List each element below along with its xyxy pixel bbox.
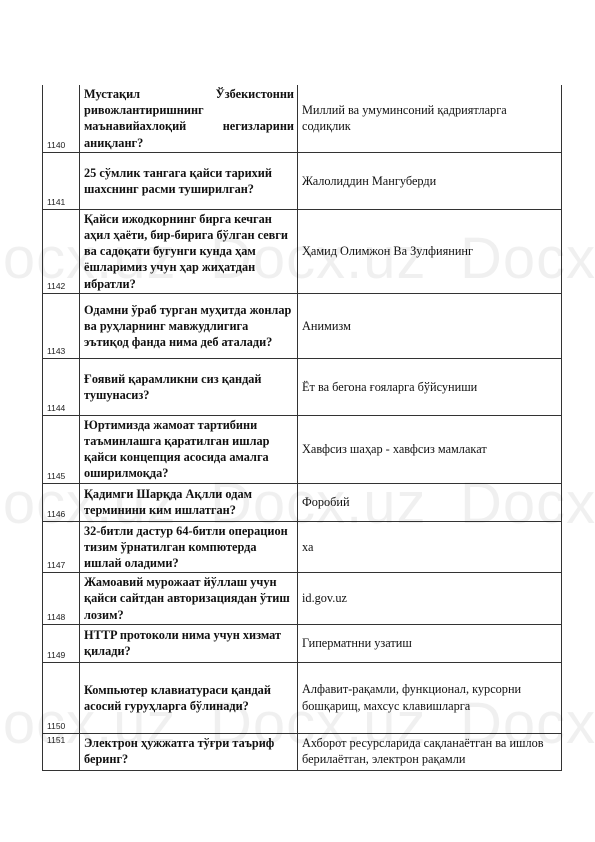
row-number: 1142 — [43, 209, 80, 293]
question-cell: Компьютер клавиатураси қандай асосий гур… — [80, 662, 298, 733]
row-number: 1147 — [43, 521, 80, 573]
table-row: 1148 Жамоавий мурожаат йўллаш учун қайси… — [43, 573, 562, 625]
answer-cell: Форобий — [298, 483, 562, 521]
row-number: 1149 — [43, 624, 80, 662]
row-number: 1145 — [43, 415, 80, 483]
table-row: 1143 Одамни ўраб турган муҳитда жонлар в… — [43, 293, 562, 358]
row-number: 1148 — [43, 573, 80, 625]
answer-cell: Гиперматнни узатиш — [298, 624, 562, 662]
answer-cell: ха — [298, 521, 562, 573]
table-row: 1150 Компьютер клавиатураси қандай асоси… — [43, 662, 562, 733]
row-number: 1143 — [43, 293, 80, 358]
table-row: 1144 Ғоявий қарамликни сиз қандай тушуна… — [43, 358, 562, 415]
question-cell: Қадимги Шарқда Ақлли одам терминини ким … — [80, 483, 298, 521]
question-cell: Электрон ҳужжатга тўғри таъриф беринг? — [80, 733, 298, 770]
answer-cell: Ёт ва бегона ғояларга бўйсуниши — [298, 358, 562, 415]
table-row: 1141 25 сўмлик тангага қайси тарихий шах… — [43, 152, 562, 209]
table-row: 1146 Қадимги Шарқда Ақлли одам терминини… — [43, 483, 562, 521]
question-cell: Ғоявий қарамликни сиз қандай тушунасиз? — [80, 358, 298, 415]
answer-cell: Алфавит-рақамли, функционал, курсорни бо… — [298, 662, 562, 733]
document-page: 1140 Мустақил Ўзбекистонни ривожлантириш… — [0, 0, 595, 842]
question-cell: 25 сўмлик тангага қайси тарихий шахснинг… — [80, 152, 298, 209]
question-cell: HTTP протоколи нима учун хизмат қилади? — [80, 624, 298, 662]
answer-cell: Ахборот ресурсларида сақланаётган ва ишл… — [298, 733, 562, 770]
row-number: 1146 — [43, 483, 80, 521]
answer-cell: Хавфсиз шаҳар - хавфсиз мамлакат — [298, 415, 562, 483]
table-row: 1149 HTTP протоколи нима учун хизмат қил… — [43, 624, 562, 662]
question-cell: Жамоавий мурожаат йўллаш учун қайси сайт… — [80, 573, 298, 625]
question-cell: 32-битли дастур 64-битли операцион тизим… — [80, 521, 298, 573]
table-row: 1147 32-битли дастур 64-битли операцион … — [43, 521, 562, 573]
row-number: 1144 — [43, 358, 80, 415]
question-cell: Мустақил Ўзбекистонни ривожлантиришнинг … — [80, 85, 298, 152]
answer-cell: Миллий ва умуминсоний қадриятларга содиқ… — [298, 85, 562, 152]
qa-table: 1140 Мустақил Ўзбекистонни ривожлантириш… — [42, 85, 562, 771]
row-number: 1150 — [43, 662, 80, 733]
row-number: 1151 — [43, 733, 80, 770]
table-row: 1151 Электрон ҳужжатга тўғри таъриф бери… — [43, 733, 562, 770]
table-row: 1140 Мустақил Ўзбекистонни ривожлантириш… — [43, 85, 562, 152]
question-cell: Юртимизда жамоат тартибини таъминлашга қ… — [80, 415, 298, 483]
answer-cell: Анимизм — [298, 293, 562, 358]
table-row: 1142 Қайси ижодкорнинг бирга кечган аҳил… — [43, 209, 562, 293]
answer-cell: Жалолиддин Мангуберди — [298, 152, 562, 209]
row-number: 1141 — [43, 152, 80, 209]
row-number: 1140 — [43, 85, 80, 152]
question-cell: Одамни ўраб турган муҳитда жонлар ва руҳ… — [80, 293, 298, 358]
question-cell: Қайси ижодкорнинг бирга кечган аҳил ҳаёт… — [80, 209, 298, 293]
answer-cell: Ҳамид Олимжон Ва Зулфиянинг — [298, 209, 562, 293]
table-row: 1145 Юртимизда жамоат тартибини таъминла… — [43, 415, 562, 483]
answer-cell: id.gov.uz — [298, 573, 562, 625]
